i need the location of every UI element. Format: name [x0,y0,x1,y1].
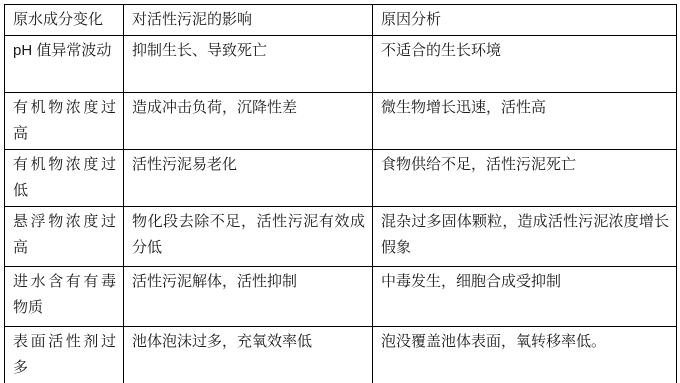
impact-cell: 池体泡沫过多，充氧效率低 [124,327,373,383]
table-row: 进水含有有毒物质 活性污泥解体，活性抑制 中毒发生，细胞合成受抑制 [5,267,677,327]
impact-cell: 活性污泥解体，活性抑制 [124,267,373,327]
cause-cell: 混杂过多固体颗粒，造成活性污泥浓度增长假象 [373,207,677,267]
cause-cell: 泡没覆盖池体表面，氧转移率低。 [373,327,677,383]
change-cell: 有机物浓度过低 [5,150,124,207]
change-cell: pH 值异常波动 [5,36,124,93]
impact-cell: 物化段去除不足，活性污泥有效成分低 [124,207,373,267]
impact-cell: 抑制生长、导致死亡 [124,36,373,93]
table-row: 有机物浓度过高 造成冲击负荷，沉降性差 微生物增长迅速，活性高 [5,93,677,150]
table-row: 悬浮物浓度过高 物化段去除不足，活性污泥有效成分低 混杂过多固体颗粒，造成活性污… [5,207,677,267]
cause-cell: 不适合的生长环境 [373,36,677,93]
header-impact-on-sludge: 对活性污泥的影响 [124,5,373,36]
impact-cell: 活性污泥易老化 [124,150,373,207]
impact-cell: 造成冲击负荷，沉降性差 [124,93,373,150]
cause-cell: 食物供给不足，活性污泥死亡 [373,150,677,207]
header-cause-analysis: 原因分析 [373,5,677,36]
change-cell: 进水含有有毒物质 [5,267,124,327]
change-cell: 悬浮物浓度过高 [5,207,124,267]
header-raw-water-change: 原水成分变化 [5,5,124,36]
cause-cell: 微生物增长迅速，活性高 [373,93,677,150]
table-row: 表面活性剂过多 池体泡沫过多，充氧效率低 泡没覆盖池体表面，氧转移率低。 [5,327,677,383]
table-header-row: 原水成分变化 对活性污泥的影响 原因分析 [5,5,677,36]
change-cell: 表面活性剂过多 [5,327,124,383]
change-cell: 有机物浓度过高 [5,93,124,150]
cause-cell: 中毒发生，细胞合成受抑制 [373,267,677,327]
table-row: pH 值异常波动 抑制生长、导致死亡 不适合的生长环境 [5,36,677,93]
document-page: 原水成分变化 对活性污泥的影响 原因分析 pH 值异常波动 抑制生长、导致死亡 … [0,0,680,383]
table-row: 有机物浓度过低 活性污泥易老化 食物供给不足，活性污泥死亡 [5,150,677,207]
sludge-impact-table: 原水成分变化 对活性污泥的影响 原因分析 pH 值异常波动 抑制生长、导致死亡 … [4,4,677,383]
